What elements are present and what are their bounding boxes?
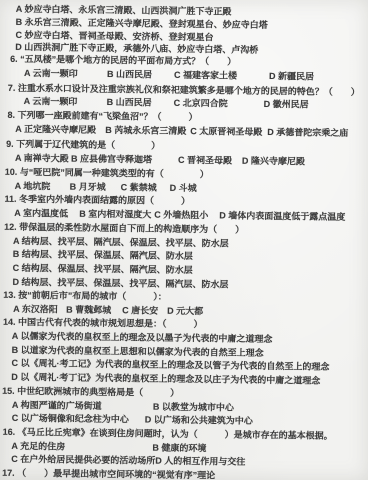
option-text: B 山西民居 [107,67,152,81]
scanned-exam-page: A 妙应寺白塔、永乐宫三清殿、山西洪洞广胜下寺正殿B 永乐宫三清殿、正定隆兴寺摩… [0,0,368,480]
option-text: B 应县佛宫寺释迦塔 [71,151,152,165]
question-text: 8. 下列哪一座殿前建有“飞梁鱼沼”？（ ） [7,108,197,123]
option-text: D 墙体内表面温度低于露点温度 [219,208,345,223]
option-text: A 正定隆兴寺摩尼殿 [15,122,96,136]
option-text: D 承德普陀宗乘之庙 [267,125,348,139]
option-text: C 唐长安 [122,303,158,316]
option-text: D 徽州民居 [264,97,309,111]
question-text: 10. 与“哑巴院”同属一种建筑类型的有（ ） [5,164,209,179]
option-text: A 东汉洛阳 [13,301,58,315]
option-text: C 在户外给居民提供必要的活动场所 [11,452,155,467]
option-text: C 北京四合院 [174,96,228,110]
option-text: C 以广场铜像和纪念柱为中心 [12,411,129,425]
question-text: 9. 下列属于辽代建筑的是（ ） [6,137,160,152]
option-text: D 隆兴寺摩尼殿 [242,153,305,167]
option-text: B 以教堂为城市中心 [153,399,234,413]
option-text: B 结构层、找平层、保温层、隔汽层、防水层 [13,247,193,262]
option-text: A 云南一颗印 [24,94,78,108]
option-text: C 晋祠圣母殿 [178,152,232,166]
options-line: A 云南一颗印B 山西民居C 福建客家土楼D 新疆民居 [2,66,368,82]
exam-questions-block: A 妙应寺白塔、永乐宫三清殿、山西洪洞广胜下寺正殿B 永乐宫三清殿、正定隆兴寺摩… [0,0,368,480]
question-text: 13. 按“前朝后市”布局的城市（ ）： [3,288,167,303]
question-text: 6. “五凤楼”是哪个地方的民居的平面布局方式？（ ） [10,52,236,68]
options-line: A 正定隆兴寺摩尼殿B 芮城永乐宫三清殿C 太原晋祠圣母殿D 承德普陀宗乘之庙 [1,122,368,138]
option-text: A 云南一颗印 [24,66,78,80]
option-text: A 室内温度低 [14,206,68,220]
question-text: 15. 中世纪欧洲城市的典型格局是（ ） [2,383,179,398]
question-text: 14. 中国古代有代表的城市规划思想是：（ ） [3,315,203,330]
question-text: 17. （ ）最早提出城市空间环境的“视觉有序”理论 [2,465,215,480]
option-text: D 以广场和公共建筑为中心 [145,413,253,427]
option-text: C 紫禁城 [121,180,157,193]
option-text: C 福建客家土楼 [174,68,237,82]
option-text: B 芮城永乐宫三清殿 [105,123,186,137]
option-text: B 山西民居 [107,95,152,109]
option-text: C 太原晋祠圣母殿 [190,124,262,138]
option-text: D 元大都 [167,303,203,316]
question-text: 11. 冬季室内外墙内表面结露的原因（ ） [4,192,190,207]
option-text: B 月牙城 [70,179,106,192]
option-text: D 人的相互作用与交往 [155,454,245,468]
option-text: D 斗城 [170,180,197,193]
option-text: A 南禅寺大殿 [15,150,69,164]
option-text: A 充足的住房 [11,439,65,453]
option-text: C 外墙热阻小 [154,208,208,222]
option-text: A 地坑院 [15,178,51,191]
option-text: A 构图严谨的广场街道 [12,397,102,411]
option-text: B 曹魏邺城 [66,302,111,316]
option-text: B 健康的环境 [152,441,206,455]
option-text: B 室内相对湿度大 [79,207,151,221]
option-text: D 新疆民居 [269,69,314,83]
